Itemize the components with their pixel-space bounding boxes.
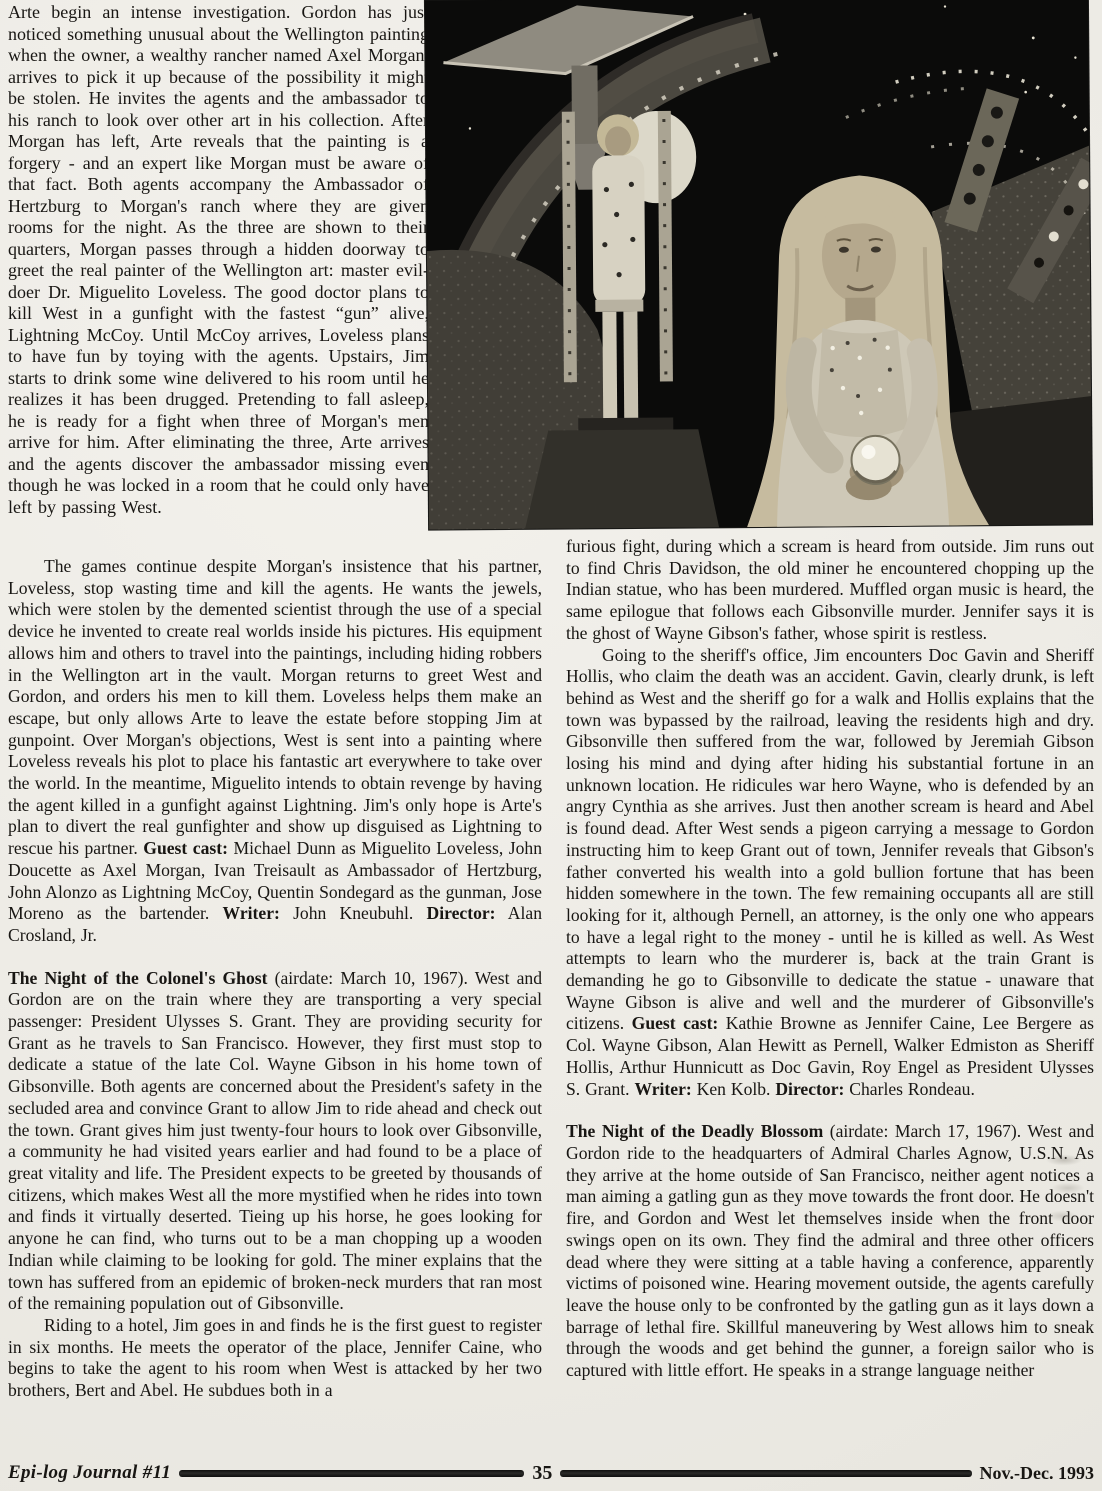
paragraph-riding: Riding to a hotel, Jim goes in and finds… — [8, 1315, 542, 1402]
issue-date: Nov.-Dec. 1993 — [980, 1463, 1094, 1484]
page-number: 35 — [532, 1462, 552, 1485]
episode-title-deadly-blossom: The Night of the Deadly Blossom — [566, 1121, 823, 1141]
paragraph-text: Going to the sheriff's office, Jim encou… — [566, 645, 1094, 1034]
page-footer: Epi-log Journal #11 35 Nov.-Dec. 1993 — [8, 1460, 1094, 1486]
left-column: The games continue despite Morgan's insi… — [8, 556, 542, 1402]
paragraph-deadly-blossom: The Night of the Deadly Blossom (airdate… — [566, 1121, 1094, 1381]
writer-label: Writer: — [223, 903, 280, 923]
episode-photo — [425, 0, 1092, 530]
paragraph-games: The games continue despite Morgan's insi… — [8, 556, 542, 947]
journal-title: Epi-log Journal #11 — [8, 1462, 171, 1484]
episode-body: (airdate: March 17, 1967). West and Gord… — [566, 1121, 1094, 1380]
writer-label: Writer: — [634, 1079, 691, 1099]
episode-photo-illustration — [425, 0, 1092, 530]
director-label: Director: — [775, 1079, 844, 1099]
guest-cast-label: Guest cast: — [632, 1013, 719, 1033]
episode-title-colonels-ghost: The Night of the Colonel's Ghost — [8, 968, 267, 988]
paragraph-colonels-ghost: The Night of the Colonel's Ghost (airdat… — [8, 968, 542, 1315]
magazine-page: Arte begin an intense investigation. Gor… — [0, 0, 1102, 1491]
director-name: Charles Rondeau. — [844, 1079, 974, 1099]
paragraph-investigation: Arte begin an intense investigation. Gor… — [8, 2, 429, 518]
footer-rule-right — [560, 1470, 971, 1477]
footer-rule-left — [179, 1470, 524, 1477]
director-label: Director: — [427, 903, 496, 923]
paragraph-text: The games continue despite Morgan's insi… — [8, 556, 542, 858]
episode-body: (airdate: March 10, 1967). West and Gord… — [8, 968, 542, 1314]
paragraph-sheriff: Going to the sheriff's office, Jim encou… — [566, 645, 1094, 1101]
right-column: furious fight, during which a scream is … — [566, 536, 1094, 1382]
guest-cast-label: Guest cast: — [143, 838, 228, 858]
writer-name: Ken Kolb. — [692, 1079, 776, 1099]
writer-name: John Kneubuhl. — [280, 903, 427, 923]
paragraph-furious-fight: furious fight, during which a scream is … — [566, 536, 1094, 645]
left-column-top: Arte begin an intense investigation. Gor… — [8, 2, 429, 518]
